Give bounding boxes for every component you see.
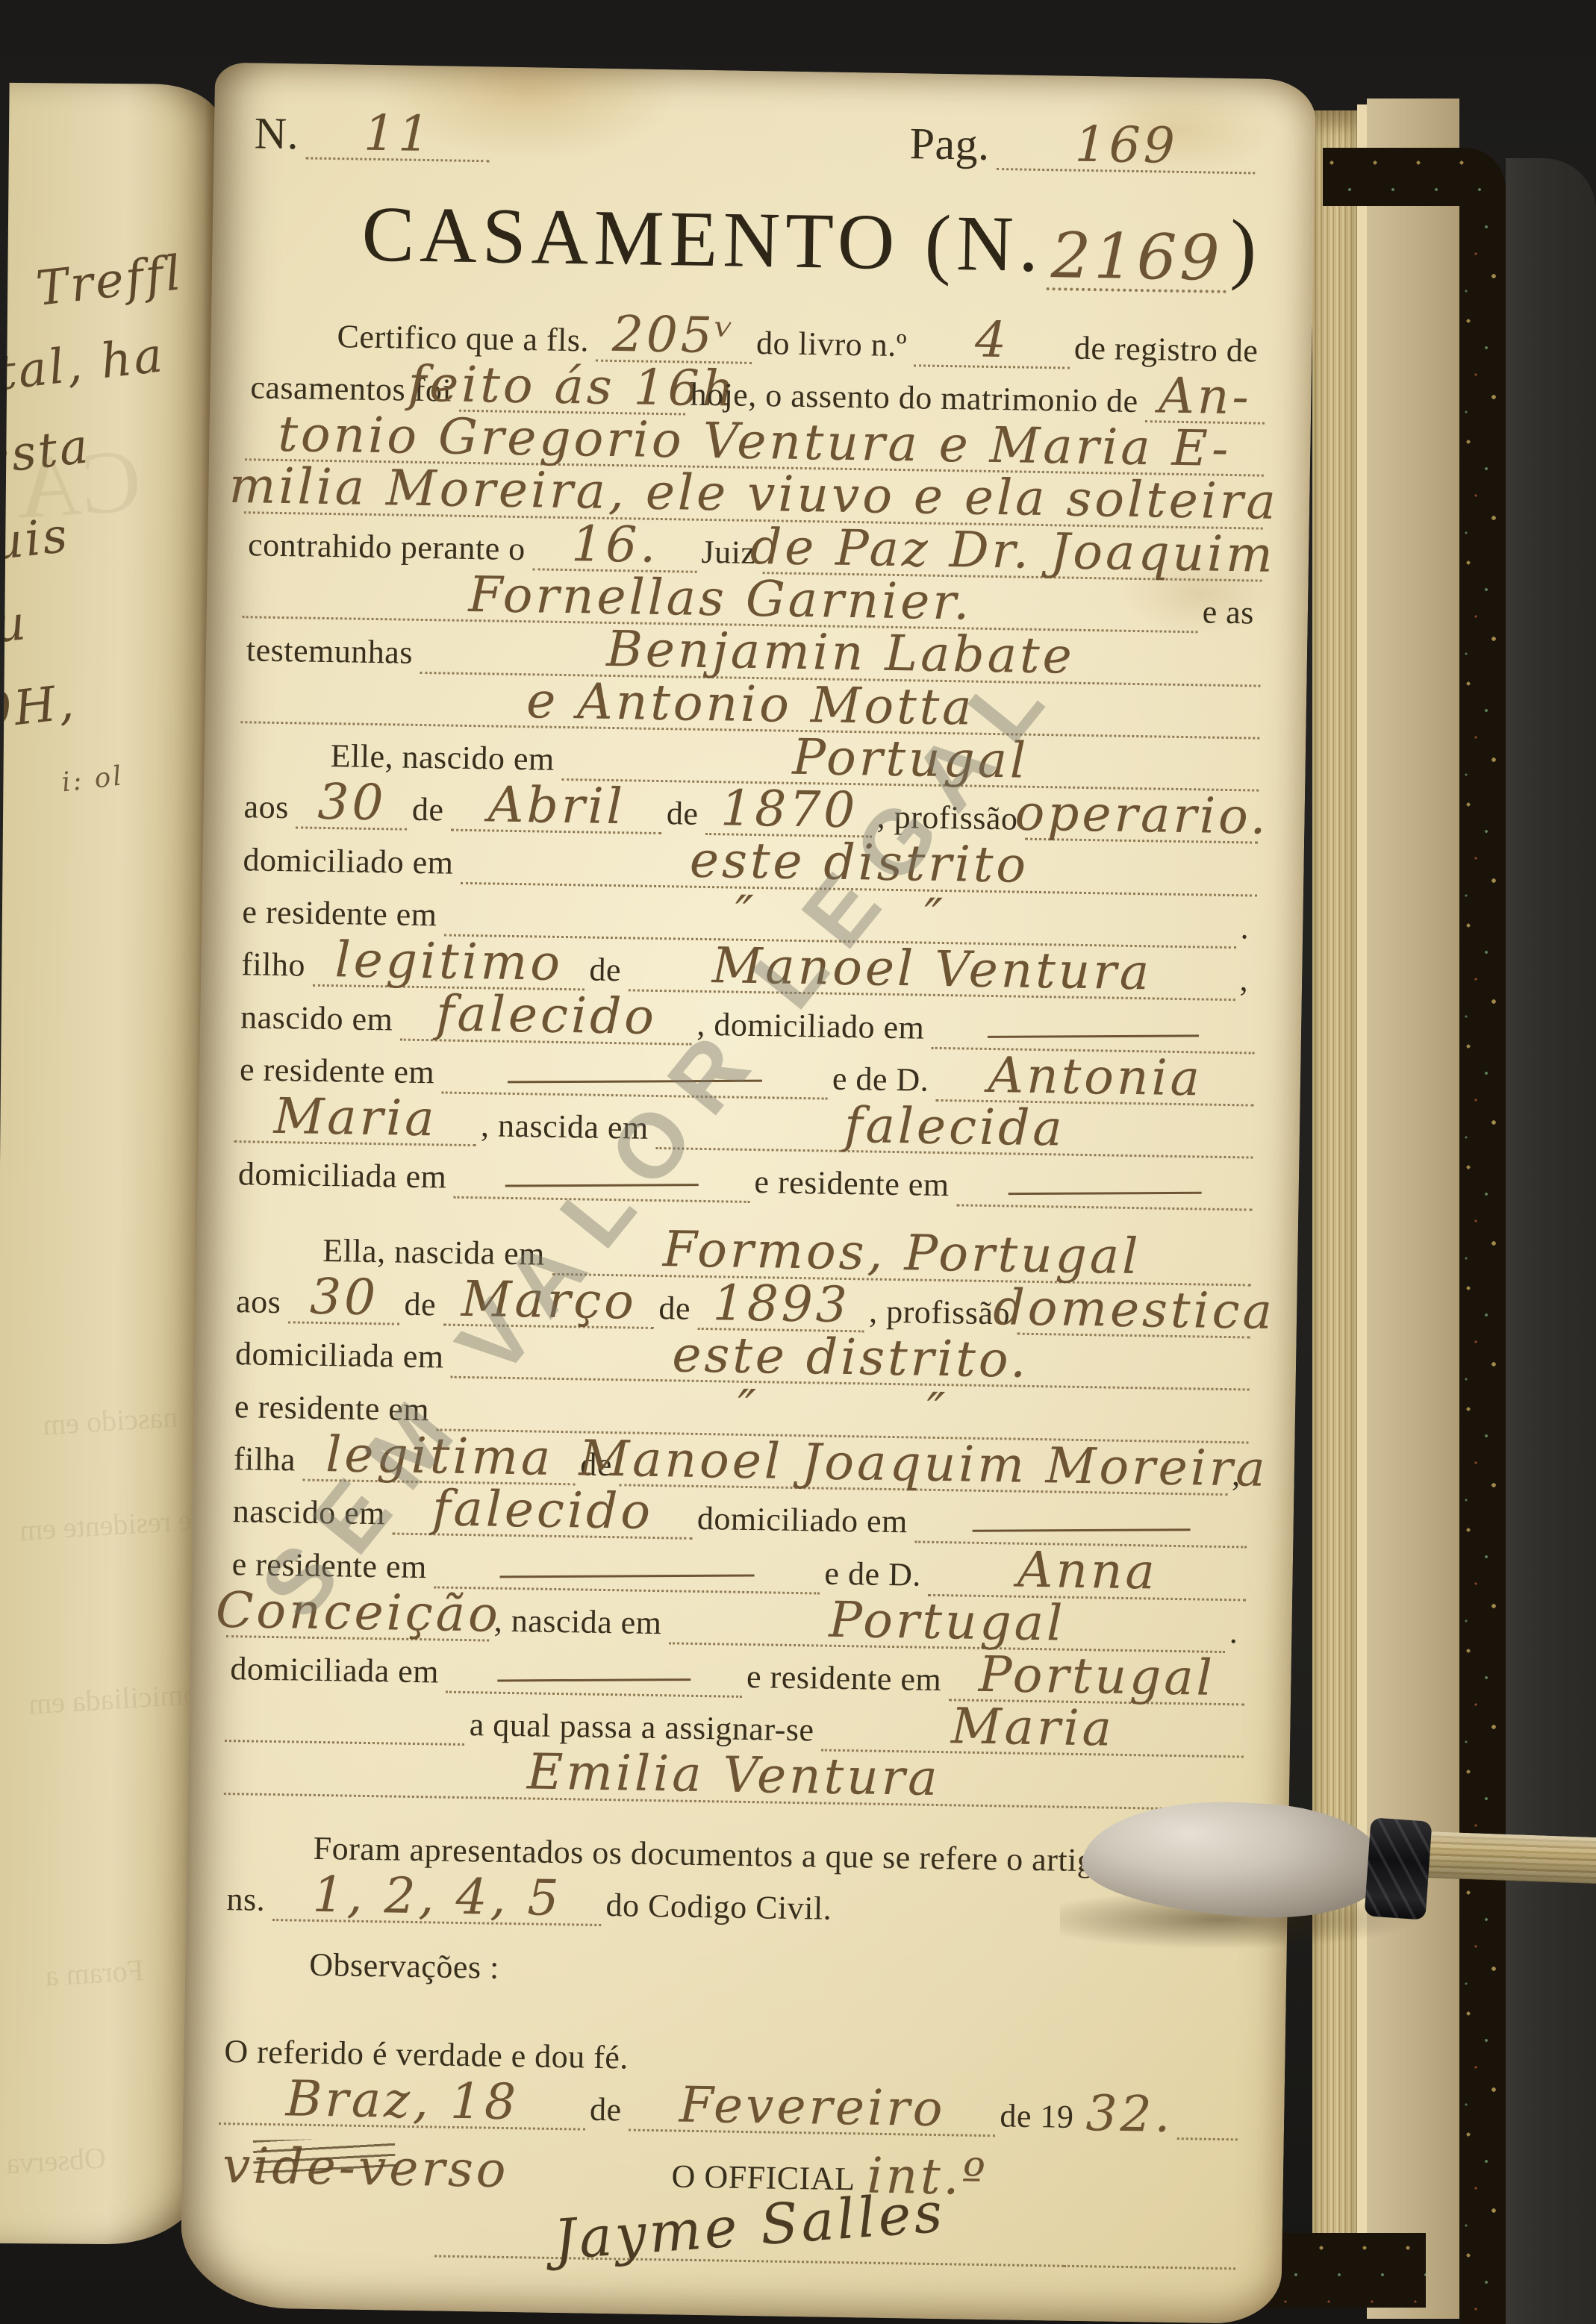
handwritten-entry: operario. <box>1014 788 1269 843</box>
handwritten-entry: domestica <box>993 1282 1275 1337</box>
register-page: N. 11 Pag. 169 CASAMENTO (N. 2169 ) Cert… <box>180 63 1316 2324</box>
flourish-strokes <box>253 2137 396 2173</box>
fill-in-field: Formos, Portugal <box>552 1222 1251 1286</box>
printed-text: . <box>1225 1613 1246 1653</box>
handwritten-entry: este distrito <box>689 835 1029 890</box>
fill-in-field: feito ás 16h <box>459 359 687 415</box>
previous-page-text-fragment: i: ol <box>60 760 125 798</box>
handwritten-entry: Conceição <box>215 1584 501 1639</box>
handwritten-entry: falecida <box>844 1100 1066 1154</box>
printed-text: . <box>1235 908 1256 949</box>
bleed-through-ghost-text: Observa <box>5 2140 107 2181</box>
printed-text: de <box>585 951 629 992</box>
fill-in-field: legitima <box>303 1428 576 1485</box>
book-page-edges <box>1312 110 1357 2286</box>
fill-in-field: Manoel Joaquim Moreira <box>619 1434 1227 1496</box>
handwritten-entry: Maria <box>951 1701 1115 1754</box>
form-body: Certifico que a fls.205ᵛdo livro n.º4de … <box>181 303 1312 2270</box>
printed-text: nascido em <box>236 998 401 1040</box>
printed-text: de registro de <box>1070 328 1266 372</box>
handwritten-entry: Antonia <box>988 1050 1203 1104</box>
fill-in-field: Maria <box>234 1090 477 1146</box>
fill-in-field: Braz, 18 <box>219 2072 586 2131</box>
paintbrush-handle <box>1416 1831 1596 1884</box>
printed-text: aos <box>231 1282 289 1323</box>
handwritten-entry: Fornellas Garnier. <box>468 569 973 628</box>
record-number-field: 2169 <box>1046 224 1227 293</box>
dash-stroke <box>500 1574 755 1578</box>
handwritten-entry: 1893 <box>712 1278 850 1330</box>
printed-text: de 19 <box>995 2097 1082 2139</box>
scanned-marriage-register-photo: Treffltal, haestauisuu9H,i: olCAnascido … <box>0 0 1596 2324</box>
page-header: N. 11 Pag. 169 <box>213 63 1316 178</box>
printed-text: filho <box>237 946 313 987</box>
title-prefix: CASAMENTO (N. <box>361 189 1044 290</box>
fill-in-field: Março <box>443 1273 655 1329</box>
bleed-through-ghost-text: e residente em <box>19 1502 193 1548</box>
marbled-cover-edge-top <box>1323 148 1506 206</box>
printed-text: domiciliado em <box>238 840 461 884</box>
fill-in-field: falecida <box>655 1097 1253 1159</box>
page-edge-highlight <box>1357 104 1367 2291</box>
fill-in-field: 205ᵛ <box>596 309 752 364</box>
printed-text: testemunhas <box>242 631 421 674</box>
entry-number-group: N. 11 <box>249 106 490 165</box>
printed-text: e residente em <box>235 1050 443 1093</box>
entry-number-value: 11 <box>364 108 433 160</box>
handwritten-entry: Portugal <box>792 732 1029 786</box>
fill-in-field: 1893 <box>698 1278 865 1333</box>
bleed-through-ghost-text: domiciliada em <box>28 1675 214 1722</box>
page-number-value: 169 <box>1074 119 1178 171</box>
entry-number-label: N. <box>249 108 306 163</box>
handwritten-entry: An- <box>1159 370 1253 422</box>
printed-text: domiciliada em <box>233 1155 454 1199</box>
handwritten-entry: falecido <box>432 1483 654 1537</box>
fill-in-field: Anna <box>928 1543 1247 1601</box>
printed-text: e residente em <box>230 1387 437 1431</box>
fill-in-field: 30 <box>288 1271 400 1325</box>
fill-in-field: operario. <box>1025 788 1259 844</box>
dotted-blank <box>1177 2137 1238 2140</box>
fill-in-field: 4 <box>914 314 1070 369</box>
handwritten-entry: 16. <box>571 519 659 570</box>
printed-text: de <box>399 1285 443 1326</box>
fill-in-field: 30 <box>296 776 408 831</box>
printed-text: e as <box>1197 593 1262 634</box>
fill-in-field: 1870 <box>705 783 873 838</box>
printed-text: e de D. <box>827 1060 936 1102</box>
printed-text: domiciliada em <box>231 1334 452 1378</box>
handwritten-entry: Portugal <box>979 1649 1216 1703</box>
previous-page-text-fragment: 9H, <box>0 675 78 740</box>
handwritten-entry: Emilia Ventura <box>527 1747 941 1804</box>
handwritten-entry: ″ ″ <box>735 888 946 942</box>
fill-in-field: An- <box>1145 370 1265 425</box>
official-signature: Jayme Salles <box>537 2184 961 2275</box>
printed-text: e residente em <box>237 893 445 936</box>
handwritten-entry: Braz, 18 <box>285 2073 519 2127</box>
handwritten-entry: Manoel Ventura <box>711 940 1152 998</box>
page-number-label: Pag. <box>905 118 997 173</box>
book-cover <box>1506 158 1596 2324</box>
dotted-blank <box>1064 2265 1235 2270</box>
printed-text: do Codigo Civil. <box>601 1886 839 1930</box>
printed-text: do livro n.º <box>752 323 915 366</box>
handwritten-entry: Benjamin Labate <box>606 624 1075 681</box>
handwritten-entry: este distrito. <box>672 1329 1029 1385</box>
handwritten-entry: 4 <box>975 315 1010 366</box>
handwritten-entry: Maria <box>273 1091 437 1144</box>
handwritten-entry: e Antonio Motta <box>526 675 975 733</box>
bleed-through-ghost-text: nascido em <box>42 1399 179 1443</box>
handwritten-entry: Anna <box>1017 1545 1158 1597</box>
printed-text: domiciliada em <box>225 1649 446 1693</box>
printed-text: , <box>1227 1455 1248 1496</box>
handwritten-entry: falecido <box>436 989 658 1043</box>
signature-field: Jayme Salles <box>434 2194 1064 2267</box>
printed-text: , <box>1235 961 1256 1002</box>
page-number-field: 169 <box>997 118 1256 175</box>
fill-in-field: 1, 2, 4, 5 <box>272 1869 602 1926</box>
marbled-cover-edge-right <box>1459 185 1506 2324</box>
fill-in-field: Portugal <box>669 1592 1226 1653</box>
handwritten-entry: Fevereiro <box>679 2080 946 2134</box>
fill-in-field: falecido <box>393 1482 693 1540</box>
handwritten-entry: 30 <box>317 777 387 828</box>
handwritten-entry: ″ ″ <box>738 1383 949 1437</box>
dash-stroke <box>505 1184 699 1187</box>
dash-stroke <box>498 1678 691 1681</box>
printed-text: de <box>408 790 452 831</box>
printed-text: e residente em <box>742 1658 950 1701</box>
printed-text: , domiciliado em <box>692 1005 932 1049</box>
previous-page-text-fragment: tal, ha <box>0 328 167 402</box>
handwritten-entry: 1870 <box>720 783 858 835</box>
handwritten-entry: Portugal <box>829 1594 1066 1648</box>
document-title: CASAMENTO (N. 2169 ) <box>361 189 1315 295</box>
handwritten-entry: Manoel Joaquim Moreira <box>579 1433 1268 1494</box>
handwritten-entry: Formos, Portugal <box>662 1224 1141 1281</box>
fill-in-field: domestica <box>1017 1282 1251 1338</box>
dash-entry <box>454 1182 750 1203</box>
flyleaf-edge <box>1367 99 1459 2319</box>
printed-text: aos <box>239 788 296 829</box>
printed-text: Certifico que a fls. <box>332 317 596 362</box>
printed-text: , nascida em <box>489 1601 670 1644</box>
dash-stroke <box>508 1080 762 1084</box>
printed-text: e residente em <box>749 1163 957 1206</box>
printed-text: contrahido perante o <box>243 525 533 570</box>
printed-text: de <box>585 2090 629 2131</box>
page-number-group: Pag. 169 <box>905 116 1256 178</box>
printed-text: domiciliado em <box>692 1499 915 1543</box>
fill-in-field: legitimo <box>312 934 585 991</box>
printed-text: de <box>661 794 705 835</box>
printed-text: , nascida em <box>476 1107 657 1150</box>
paintbrush-ferrule <box>1364 1817 1432 1920</box>
bleed-through-ghost-text: Foram a <box>44 1952 145 1993</box>
previous-page-text-fragment: Treffl <box>34 246 186 317</box>
fill-in-field: falecido <box>400 988 693 1045</box>
printed-text: ns. <box>222 1880 272 1921</box>
printed-text: nascido em <box>228 1492 393 1534</box>
handwritten-entry: legitimo <box>334 934 564 988</box>
handwritten-entry: Março <box>461 1274 637 1327</box>
handwritten-entry: 205ᵛ <box>611 309 737 361</box>
record-number-value: 2169 <box>1050 219 1223 295</box>
fill-in-field: Manoel Ventura <box>629 939 1236 1001</box>
printed-text: e de D. <box>820 1554 929 1596</box>
printed-text: de <box>654 1289 698 1330</box>
dash-stroke <box>972 1528 1190 1532</box>
fill-in-field: Portugal <box>949 1649 1245 1706</box>
handwritten-entry: 1, 2, 4, 5 <box>312 1869 562 1924</box>
dash-stroke <box>988 1034 1199 1037</box>
fill-in-field: Portugal <box>561 728 1259 792</box>
dash-entry <box>956 1190 1253 1211</box>
handwritten-entry: 32. <box>1081 2088 1178 2140</box>
handwritten-entry: Abril <box>487 780 626 832</box>
fill-in-field: Fevereiro <box>629 2079 996 2137</box>
printed-text: Observações : <box>305 1946 507 1989</box>
dash-stroke <box>1008 1192 1201 1195</box>
bleed-through-ghost-text: CA <box>13 429 144 540</box>
title-suffix: ) <box>1229 202 1262 294</box>
entry-number-field: 11 <box>306 107 490 162</box>
handwritten-entry: 30 <box>310 1271 379 1322</box>
fill-in-field: Abril <box>451 779 663 835</box>
previous-page-text-fragment: uu <box>0 596 31 658</box>
fill-in-field: Conceição <box>226 1585 490 1642</box>
printed-text: filha <box>228 1440 303 1481</box>
fill-in-field: 16. <box>532 518 697 573</box>
dotted-blank <box>216 2254 434 2258</box>
handwritten-entry: legitima <box>325 1429 554 1483</box>
